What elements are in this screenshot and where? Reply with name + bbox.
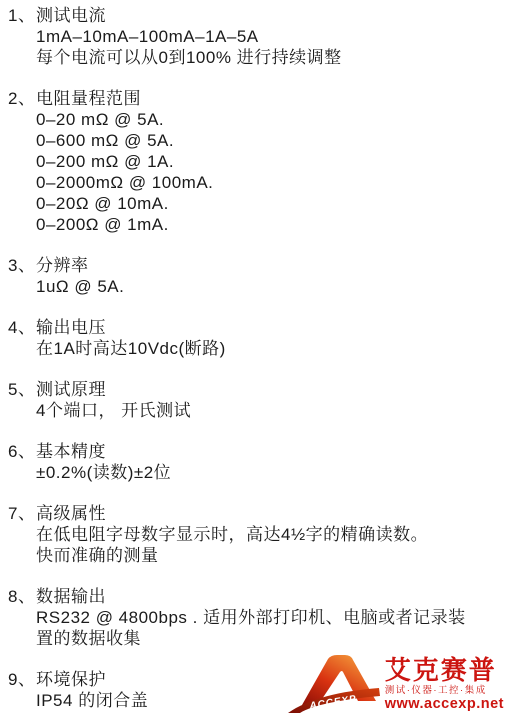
- spec-line: 4个端口， 开氏测试: [36, 400, 500, 421]
- spec-line: 1uΩ @ 5A.: [36, 276, 500, 297]
- brand-block: 艾克赛普 测试·仪器·工控·集成 www.accexp.net: [385, 657, 504, 712]
- spec-section: 4、 输出电压 在1A时高达10Vdc(断路): [8, 317, 500, 359]
- spec-line: 在1A时高达10Vdc(断路): [36, 338, 500, 359]
- spec-list: 1、 测试电流 1mA–10mA–100mA–1A–5A每个电流可以从0到100…: [0, 0, 508, 711]
- section-lines: RS232 @ 4800bps . 适用外部打印机、电脑或者记录装置的数据收集: [36, 607, 500, 649]
- section-number: 8、: [8, 586, 35, 607]
- section-title: 电阻量程范围: [36, 88, 500, 109]
- section-lines: 在低电阻字母数字显示时，高达4½字的精确读数。快而准确的测量: [36, 524, 500, 566]
- section-number: 6、: [8, 441, 35, 462]
- brand-name: 艾克赛普: [385, 657, 497, 683]
- spec-line: 在低电阻字母数字显示时，高达4½字的精确读数。: [36, 524, 500, 545]
- section-lines: 0–20 mΩ @ 5A.0–600 mΩ @ 5A.0–200 mΩ @ 1A…: [36, 109, 500, 235]
- spec-line: 置的数据收集: [36, 628, 500, 649]
- section-title: 测试电流: [36, 5, 500, 26]
- spec-line: 0–20 mΩ @ 5A.: [36, 109, 500, 130]
- spec-section: 6、 基本精度 ±0.2%(读数)±2位: [8, 441, 500, 483]
- section-title: 分辨率: [36, 255, 500, 276]
- section-title: 输出电压: [36, 317, 500, 338]
- section-number: 9、: [8, 669, 35, 690]
- spec-line: 0–200Ω @ 1mA.: [36, 214, 500, 235]
- section-title: 测试原理: [36, 379, 500, 400]
- section-number: 7、: [8, 503, 35, 524]
- section-lines: 在1A时高达10Vdc(断路): [36, 338, 500, 359]
- brand-url[interactable]: www.accexp.net: [385, 697, 504, 712]
- section-lines: 4个端口， 开氏测试: [36, 400, 500, 421]
- brand-tagline: 测试·仪器·工控·集成: [385, 686, 487, 696]
- spec-line: 1mA–10mA–100mA–1A–5A: [36, 26, 500, 47]
- spec-section: 5、 测试原理 4个端口， 开氏测试: [8, 379, 500, 421]
- accexp-a-icon: ACCEXP: [288, 655, 380, 713]
- section-lines: ±0.2%(读数)±2位: [36, 462, 500, 483]
- spec-line: 0–20Ω @ 10mA.: [36, 193, 500, 214]
- spec-line: 每个电流可以从0到100% 进行持续调整: [36, 47, 500, 68]
- section-number: 5、: [8, 379, 35, 400]
- section-title: 数据输出: [36, 586, 500, 607]
- section-title: 高级属性: [36, 503, 500, 524]
- section-lines: 1uΩ @ 5A.: [36, 276, 500, 297]
- accexp-logo: ACCEXP 艾克赛普 测试·仪器·工控·集成 www.accexp.net: [288, 655, 504, 713]
- spec-section: 7、 高级属性 在低电阻字母数字显示时，高达4½字的精确读数。快而准确的测量: [8, 503, 500, 566]
- spec-line: RS232 @ 4800bps . 适用外部打印机、电脑或者记录装: [36, 607, 500, 628]
- section-number: 3、: [8, 255, 35, 276]
- section-lines: 1mA–10mA–100mA–1A–5A每个电流可以从0到100% 进行持续调整: [36, 26, 500, 68]
- spec-line: 0–600 mΩ @ 5A.: [36, 130, 500, 151]
- section-number: 2、: [8, 88, 35, 109]
- spec-section: 2、 电阻量程范围 0–20 mΩ @ 5A.0–600 mΩ @ 5A.0–2…: [8, 88, 500, 235]
- section-number: 1、: [8, 5, 35, 26]
- section-title: 基本精度: [36, 441, 500, 462]
- spec-line: ±0.2%(读数)±2位: [36, 462, 500, 483]
- section-number: 4、: [8, 317, 35, 338]
- spec-section: 8、 数据输出 RS232 @ 4800bps . 适用外部打印机、电脑或者记录…: [8, 586, 500, 649]
- spec-line: 0–200 mΩ @ 1A.: [36, 151, 500, 172]
- spec-line: 快而准确的测量: [36, 545, 500, 566]
- spec-section: 1、 测试电流 1mA–10mA–100mA–1A–5A每个电流可以从0到100…: [8, 5, 500, 68]
- spec-section: 3、 分辨率 1uΩ @ 5A.: [8, 255, 500, 297]
- spec-line: 0–2000mΩ @ 100mA.: [36, 172, 500, 193]
